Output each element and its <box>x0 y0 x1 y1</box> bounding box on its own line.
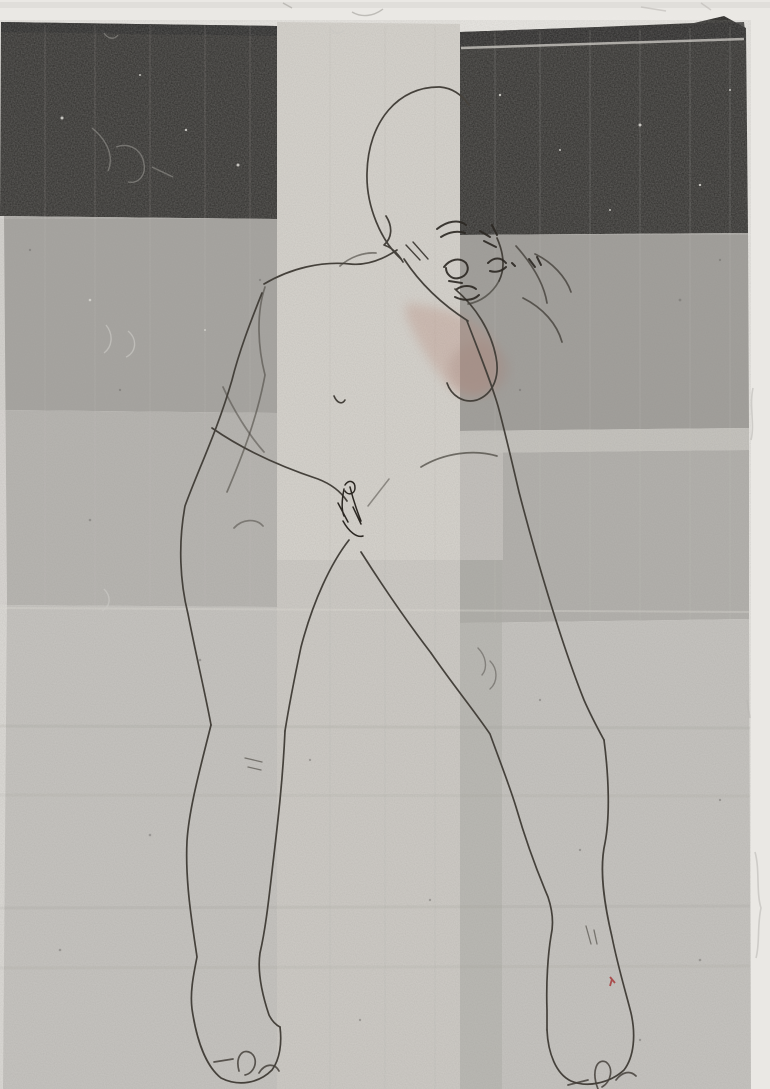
grain-texture <box>0 16 751 1089</box>
artwork-photo <box>0 0 770 1089</box>
monotype-print <box>0 0 770 1089</box>
paper-top-streak <box>0 2 770 8</box>
